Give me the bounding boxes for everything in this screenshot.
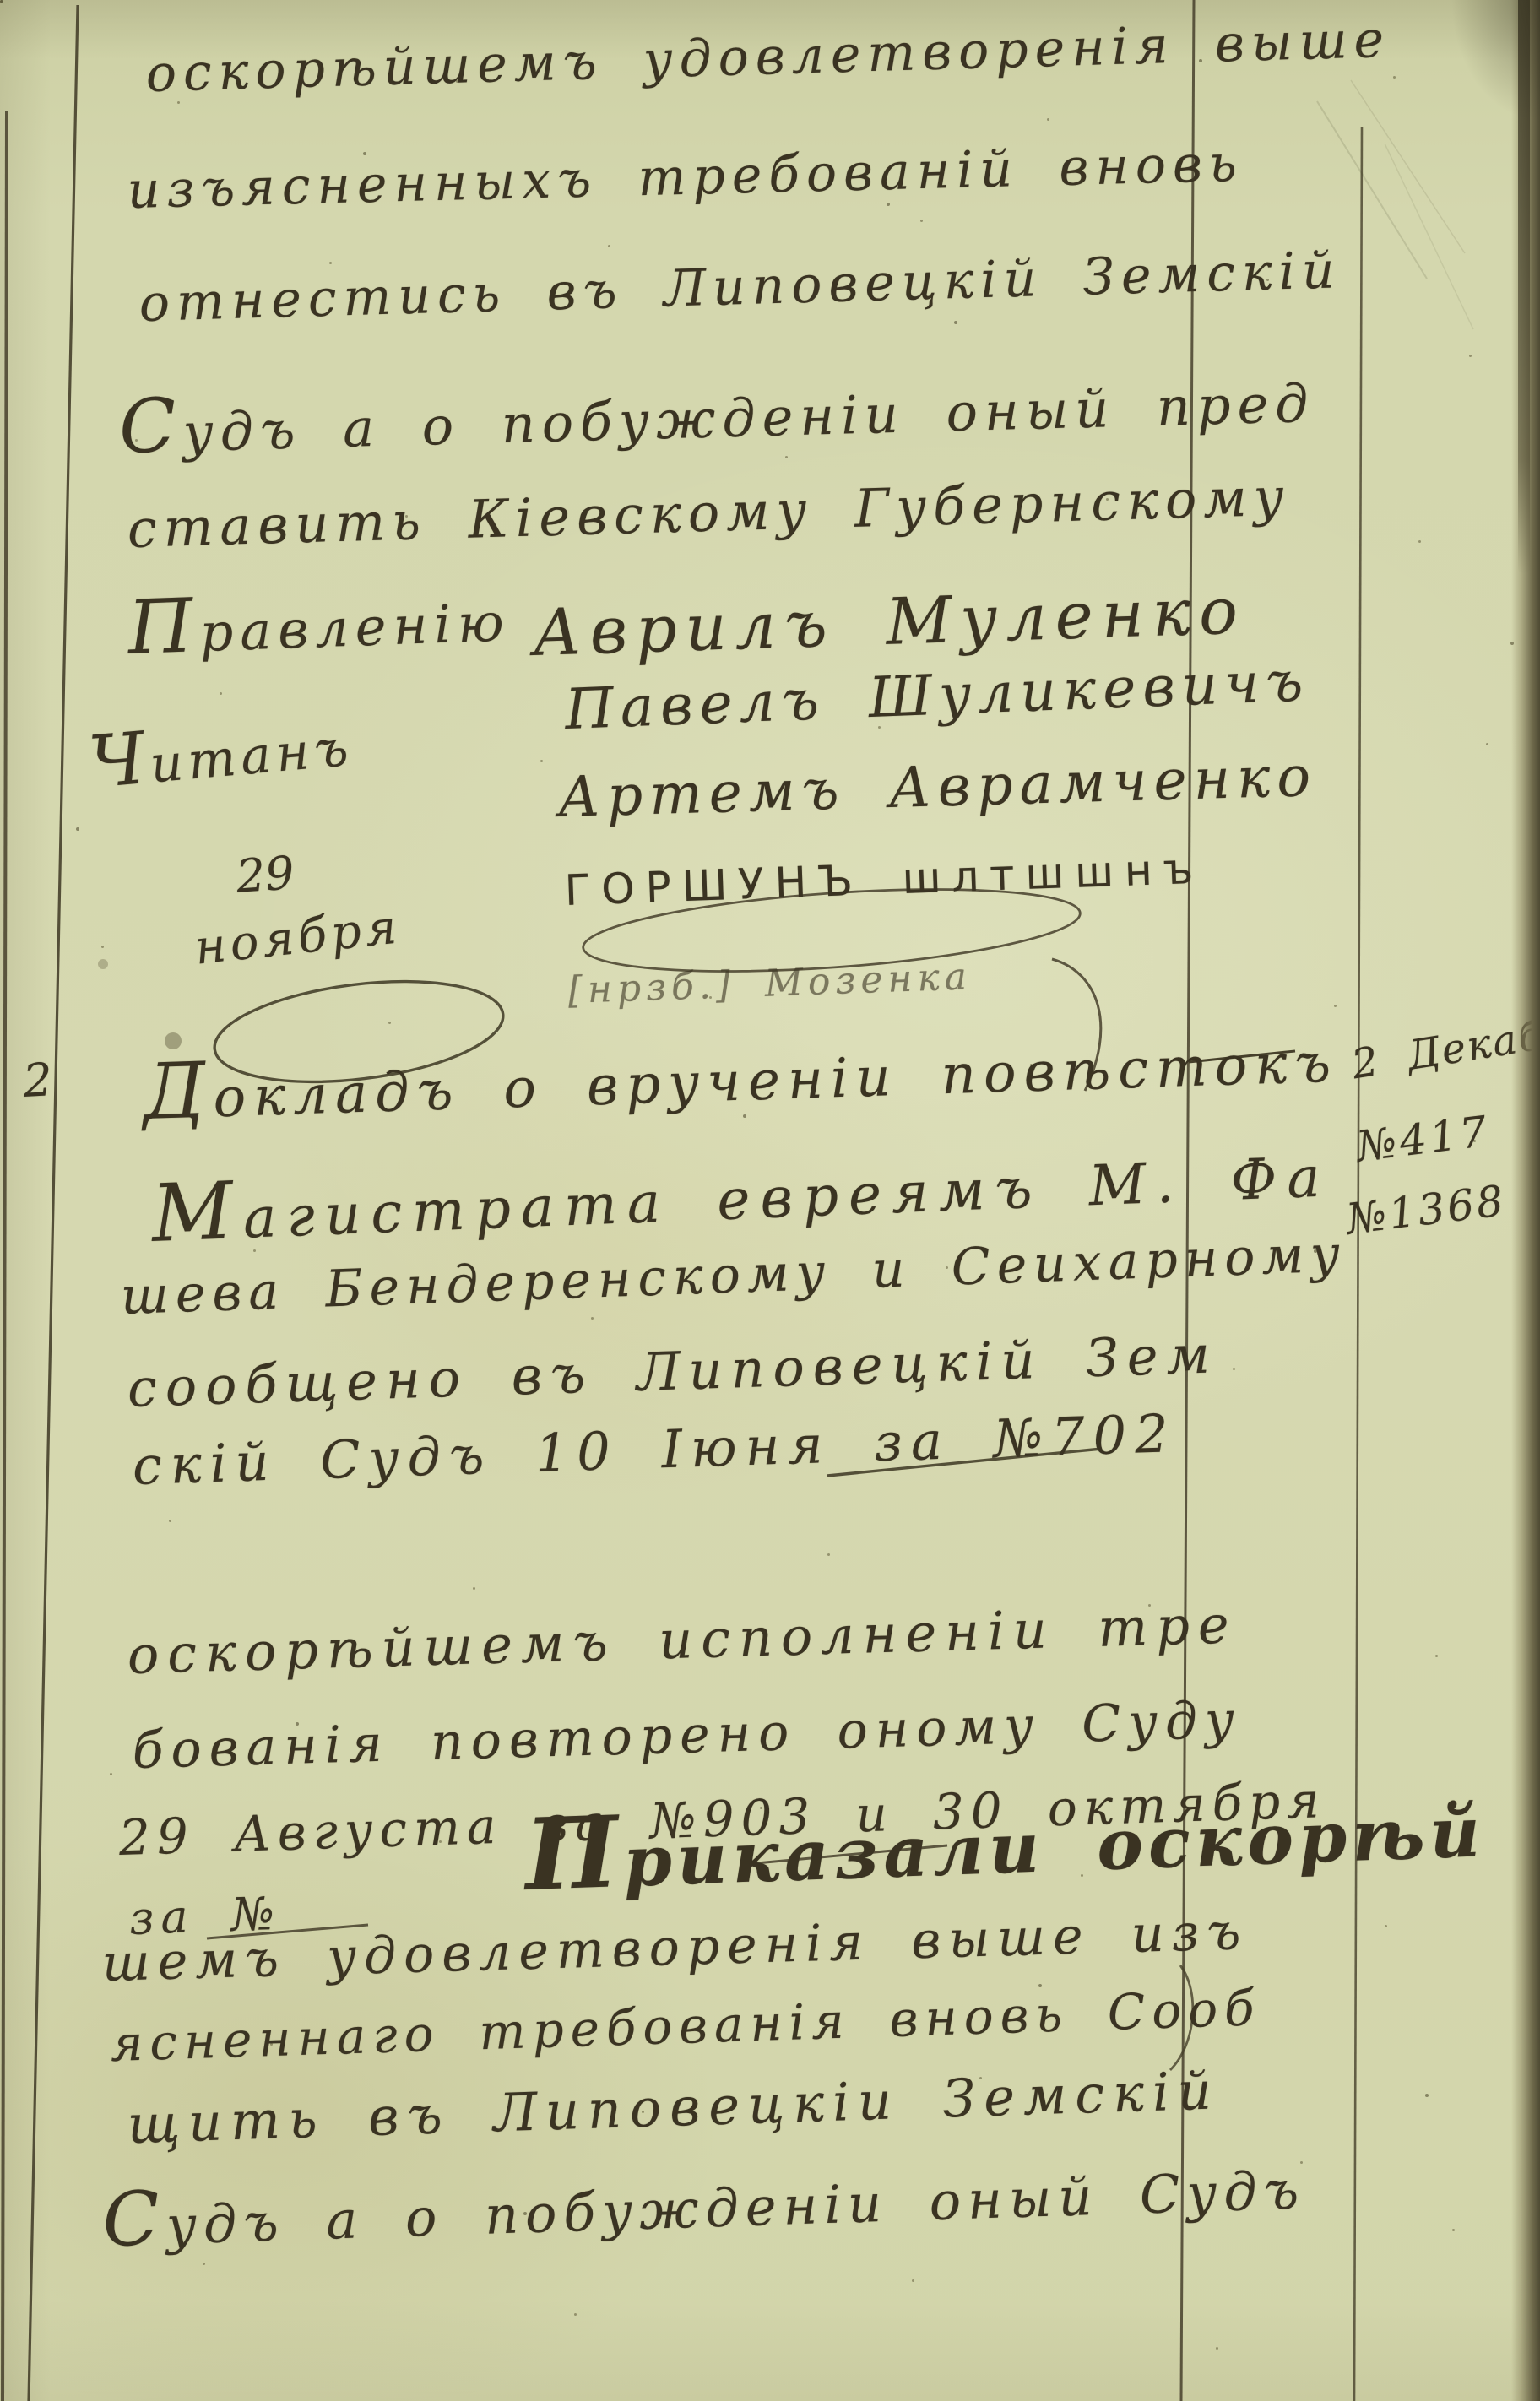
entry2-line: сообщено въ Липовецкій Зем (127, 1328, 1219, 1415)
read-note-month: ноября (192, 903, 403, 972)
entry2-line: Докладъ о врученіи повѣстокъ (142, 1018, 1339, 1132)
signature-2: Павелъ Шуликевичъ (564, 653, 1310, 738)
manuscript-line: Правленію (127, 577, 512, 665)
page-edge-shadow (1518, 0, 1530, 574)
signature-5: [нрзб.] Мозенка (567, 958, 973, 1010)
entry2-line: бованія повторено оному Суду (132, 1694, 1243, 1776)
entry2-line: щить въ Липовецкіи Земскій (127, 2064, 1221, 2151)
entry2-line: Судъ а о побужденіи оный Судъ (101, 2145, 1306, 2257)
ink-smudge (98, 959, 108, 969)
manuscript-page: оскорѣйшемъ удовлетворенія выше изъяснен… (0, 0, 1540, 2401)
manuscript-line: отнестись въ Липовецкій Земскій (138, 245, 1342, 329)
scratch-mark (1351, 80, 1465, 253)
read-note-word: Читанъ (86, 705, 355, 799)
manuscript-line: оскорѣйшемъ удовлетворенія выше (145, 14, 1391, 100)
margin-number-1: №417 (1354, 1110, 1493, 1168)
signature-3: Артемъ Аврамченко (557, 749, 1318, 826)
scratch-mark (1385, 144, 1473, 329)
margin-number-2: №1368 (1344, 1179, 1508, 1241)
read-note-day: 29 (235, 850, 296, 900)
entry2-line: ясненнаго требованія вновь Сооб (110, 1983, 1261, 2068)
row-number: 2 (22, 1057, 53, 1104)
signature-4: ГОРШУНЪ шлтшшнъ (564, 848, 1205, 912)
manuscript-line: ставить Кіевскому Губернскому (127, 471, 1291, 556)
manuscript-line: изъясненныхъ требованій вновь (127, 138, 1244, 216)
manuscript-line: Судъ а о побужденіи оный пред (118, 359, 1315, 464)
paper-speckles-dark (0, 0, 3, 3)
signature-1: Аврилъ Муленко (532, 578, 1247, 665)
entry2-line: оскорѣйшемъ исполненіи тре (127, 1598, 1238, 1682)
entry2-line: скій Судъ 10 Іюня за №702 (132, 1407, 1177, 1493)
